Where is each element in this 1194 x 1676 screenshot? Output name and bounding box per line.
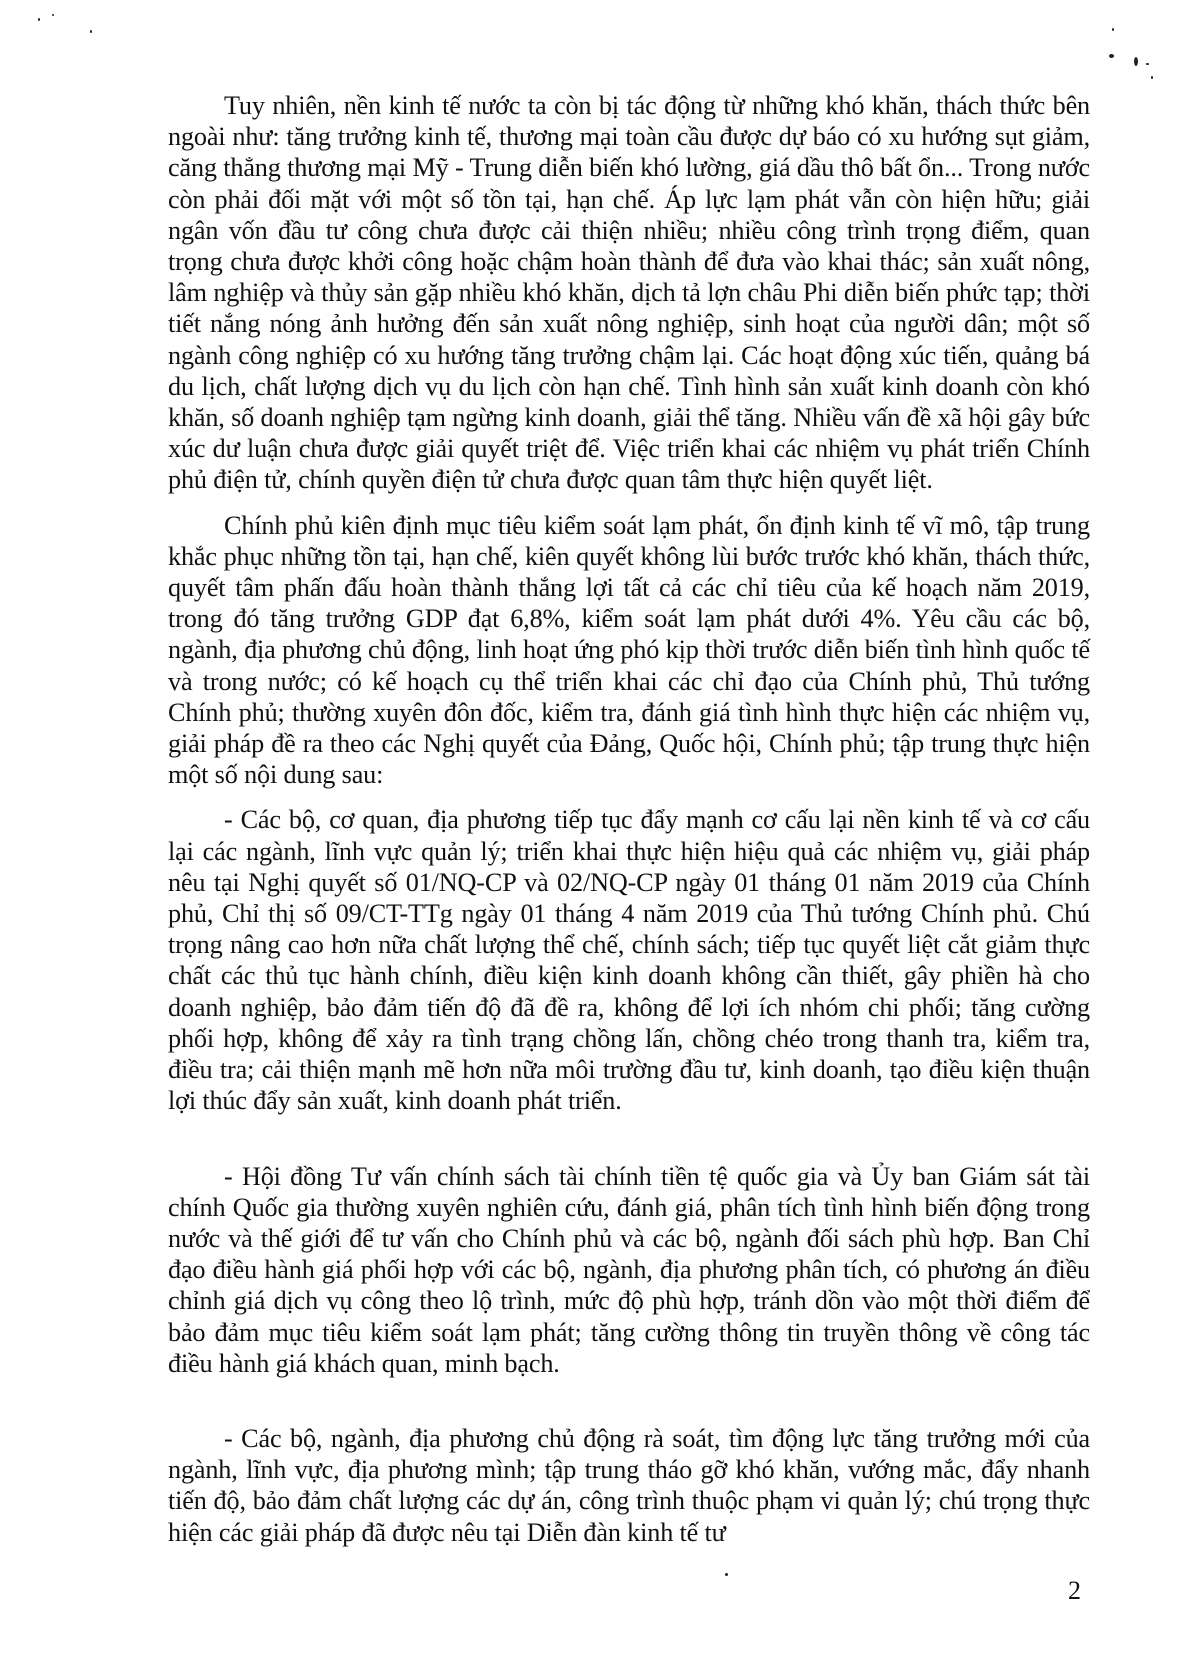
document-body: Tuy nhiên, nền kinh tế nước ta còn bị tá… bbox=[168, 90, 1090, 1548]
paragraph-restructuring: - Các bộ, cơ quan, địa phương tiếp tục đ… bbox=[168, 804, 1090, 1116]
scan-speck bbox=[52, 14, 54, 16]
scan-speck bbox=[1112, 28, 1114, 31]
scan-speck bbox=[1151, 76, 1153, 79]
document-page: Tuy nhiên, nền kinh tế nước ta còn bị tá… bbox=[0, 0, 1194, 1676]
scan-speck bbox=[1146, 63, 1149, 65]
scan-speck bbox=[1109, 54, 1114, 58]
paragraph-growth-drivers: - Các bộ, ngành, địa phương chủ động rà … bbox=[168, 1423, 1090, 1548]
scan-speck bbox=[1134, 57, 1138, 66]
scan-speck bbox=[725, 1573, 728, 1576]
paragraph-challenges: Tuy nhiên, nền kinh tế nước ta còn bị tá… bbox=[168, 90, 1090, 496]
scan-speck bbox=[90, 30, 92, 33]
paragraph-monetary-policy-council: - Hội đồng Tư vấn chính sách tài chính t… bbox=[168, 1161, 1090, 1379]
scan-speck bbox=[38, 18, 40, 21]
page-number: 2 bbox=[1068, 1576, 1081, 1606]
paragraph-government-goals: Chính phủ kiên định mục tiêu kiểm soát l… bbox=[168, 510, 1090, 791]
